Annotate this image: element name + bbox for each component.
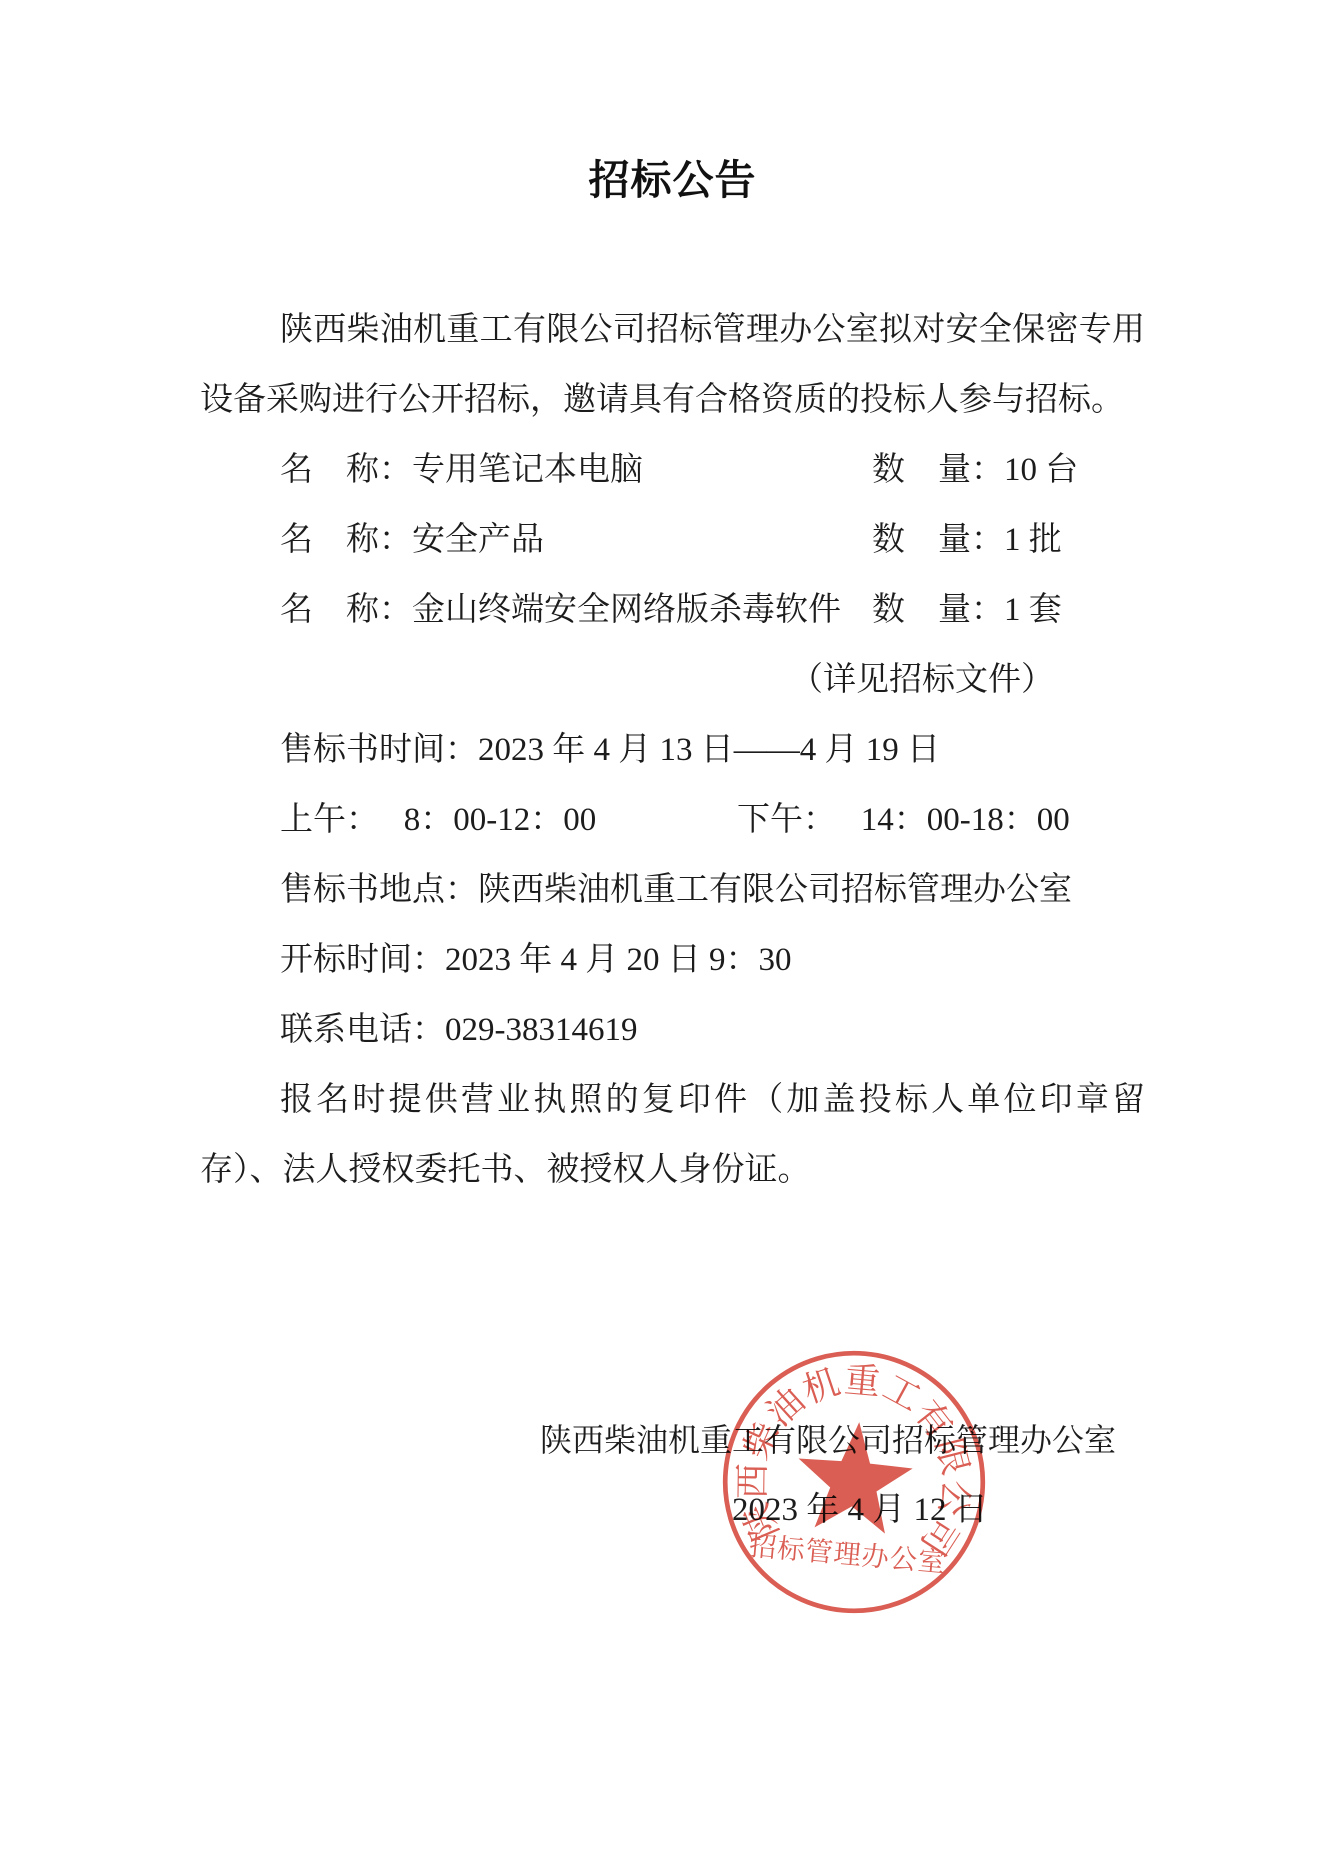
opening-time-line: 开标时间：2023 年 4 月 20 日 9：30	[200, 925, 1145, 995]
schedule-afternoon: 下午： 14：00-18：00	[737, 802, 1070, 838]
item-name-value: 专用笔记本电脑	[412, 452, 643, 488]
item-qty-label: 数 量：	[872, 452, 1004, 488]
item-name-label: 名 称：	[280, 452, 412, 488]
item-quantity: 数 量：1 批	[872, 505, 1062, 575]
item-qty-value: 1 批	[1004, 522, 1062, 558]
item-name-value: 金山终端安全网络版杀毒软件	[412, 592, 841, 628]
sale-place-line: 售标书地点：陕西柴油机重工有限公司招标管理办公室	[200, 855, 1145, 925]
see-tender-document-note: （详见招标文件）	[790, 645, 1145, 715]
schedule-morning: 上午： 8：00-12：00	[280, 785, 737, 855]
intro-paragraph: 陕西柴油机重工有限公司招标管理办公室拟对安全保密专用设备采购进行公开招标，邀请具…	[200, 295, 1145, 435]
item-name: 名 称：金山终端安全网络版杀毒软件	[280, 575, 872, 645]
item-qty-value: 1 套	[1004, 592, 1062, 628]
item-name: 名 称：安全产品	[280, 505, 872, 575]
sale-time-line: 售标书时间：2023 年 4 月 13 日——4 月 19 日	[200, 715, 1145, 785]
item-name: 名 称：专用笔记本电脑	[280, 435, 872, 505]
schedule-line: 上午： 8：00-12：00下午： 14：00-18：00	[200, 785, 1145, 855]
item-name-label: 名 称：	[280, 522, 412, 558]
item-name-label: 名 称：	[280, 592, 412, 628]
item-qty-label: 数 量：	[872, 522, 1004, 558]
item-name-value: 安全产品	[412, 522, 544, 558]
signature-organization: 陕西柴油机重工有限公司招标管理办公室	[540, 1405, 1145, 1475]
requirement-paragraph: 报名时提供营业执照的复印件（加盖投标人单位印章留存）、法人授权委托书、被授权人身…	[200, 1065, 1145, 1205]
page-title: 招标公告	[200, 150, 1145, 210]
item-row-security-products: 名 称：安全产品 数 量：1 批	[200, 505, 1145, 575]
item-qty-label: 数 量：	[872, 592, 1004, 628]
item-quantity: 数 量：10 台	[872, 435, 1078, 505]
item-qty-value: 10 台	[1004, 452, 1078, 488]
signature-date: 2023 年 4 月 12 日	[732, 1475, 1145, 1545]
item-row-antivirus-software: 名 称：金山终端安全网络版杀毒软件 数 量：1 套	[200, 575, 1145, 645]
item-row-laptop: 名 称：专用笔记本电脑 数 量：10 台	[200, 435, 1145, 505]
document-body: 陕西柴油机重工有限公司招标管理办公室拟对安全保密专用设备采购进行公开招标，邀请具…	[200, 295, 1145, 1205]
tender-announcement-page: 招标公告 陕西柴油机重工有限公司招标管理办公室拟对安全保密专用设备采购进行公开招…	[0, 0, 1323, 1871]
item-quantity: 数 量：1 套	[872, 575, 1062, 645]
contact-phone-line: 联系电话：029-38314619	[200, 995, 1145, 1065]
